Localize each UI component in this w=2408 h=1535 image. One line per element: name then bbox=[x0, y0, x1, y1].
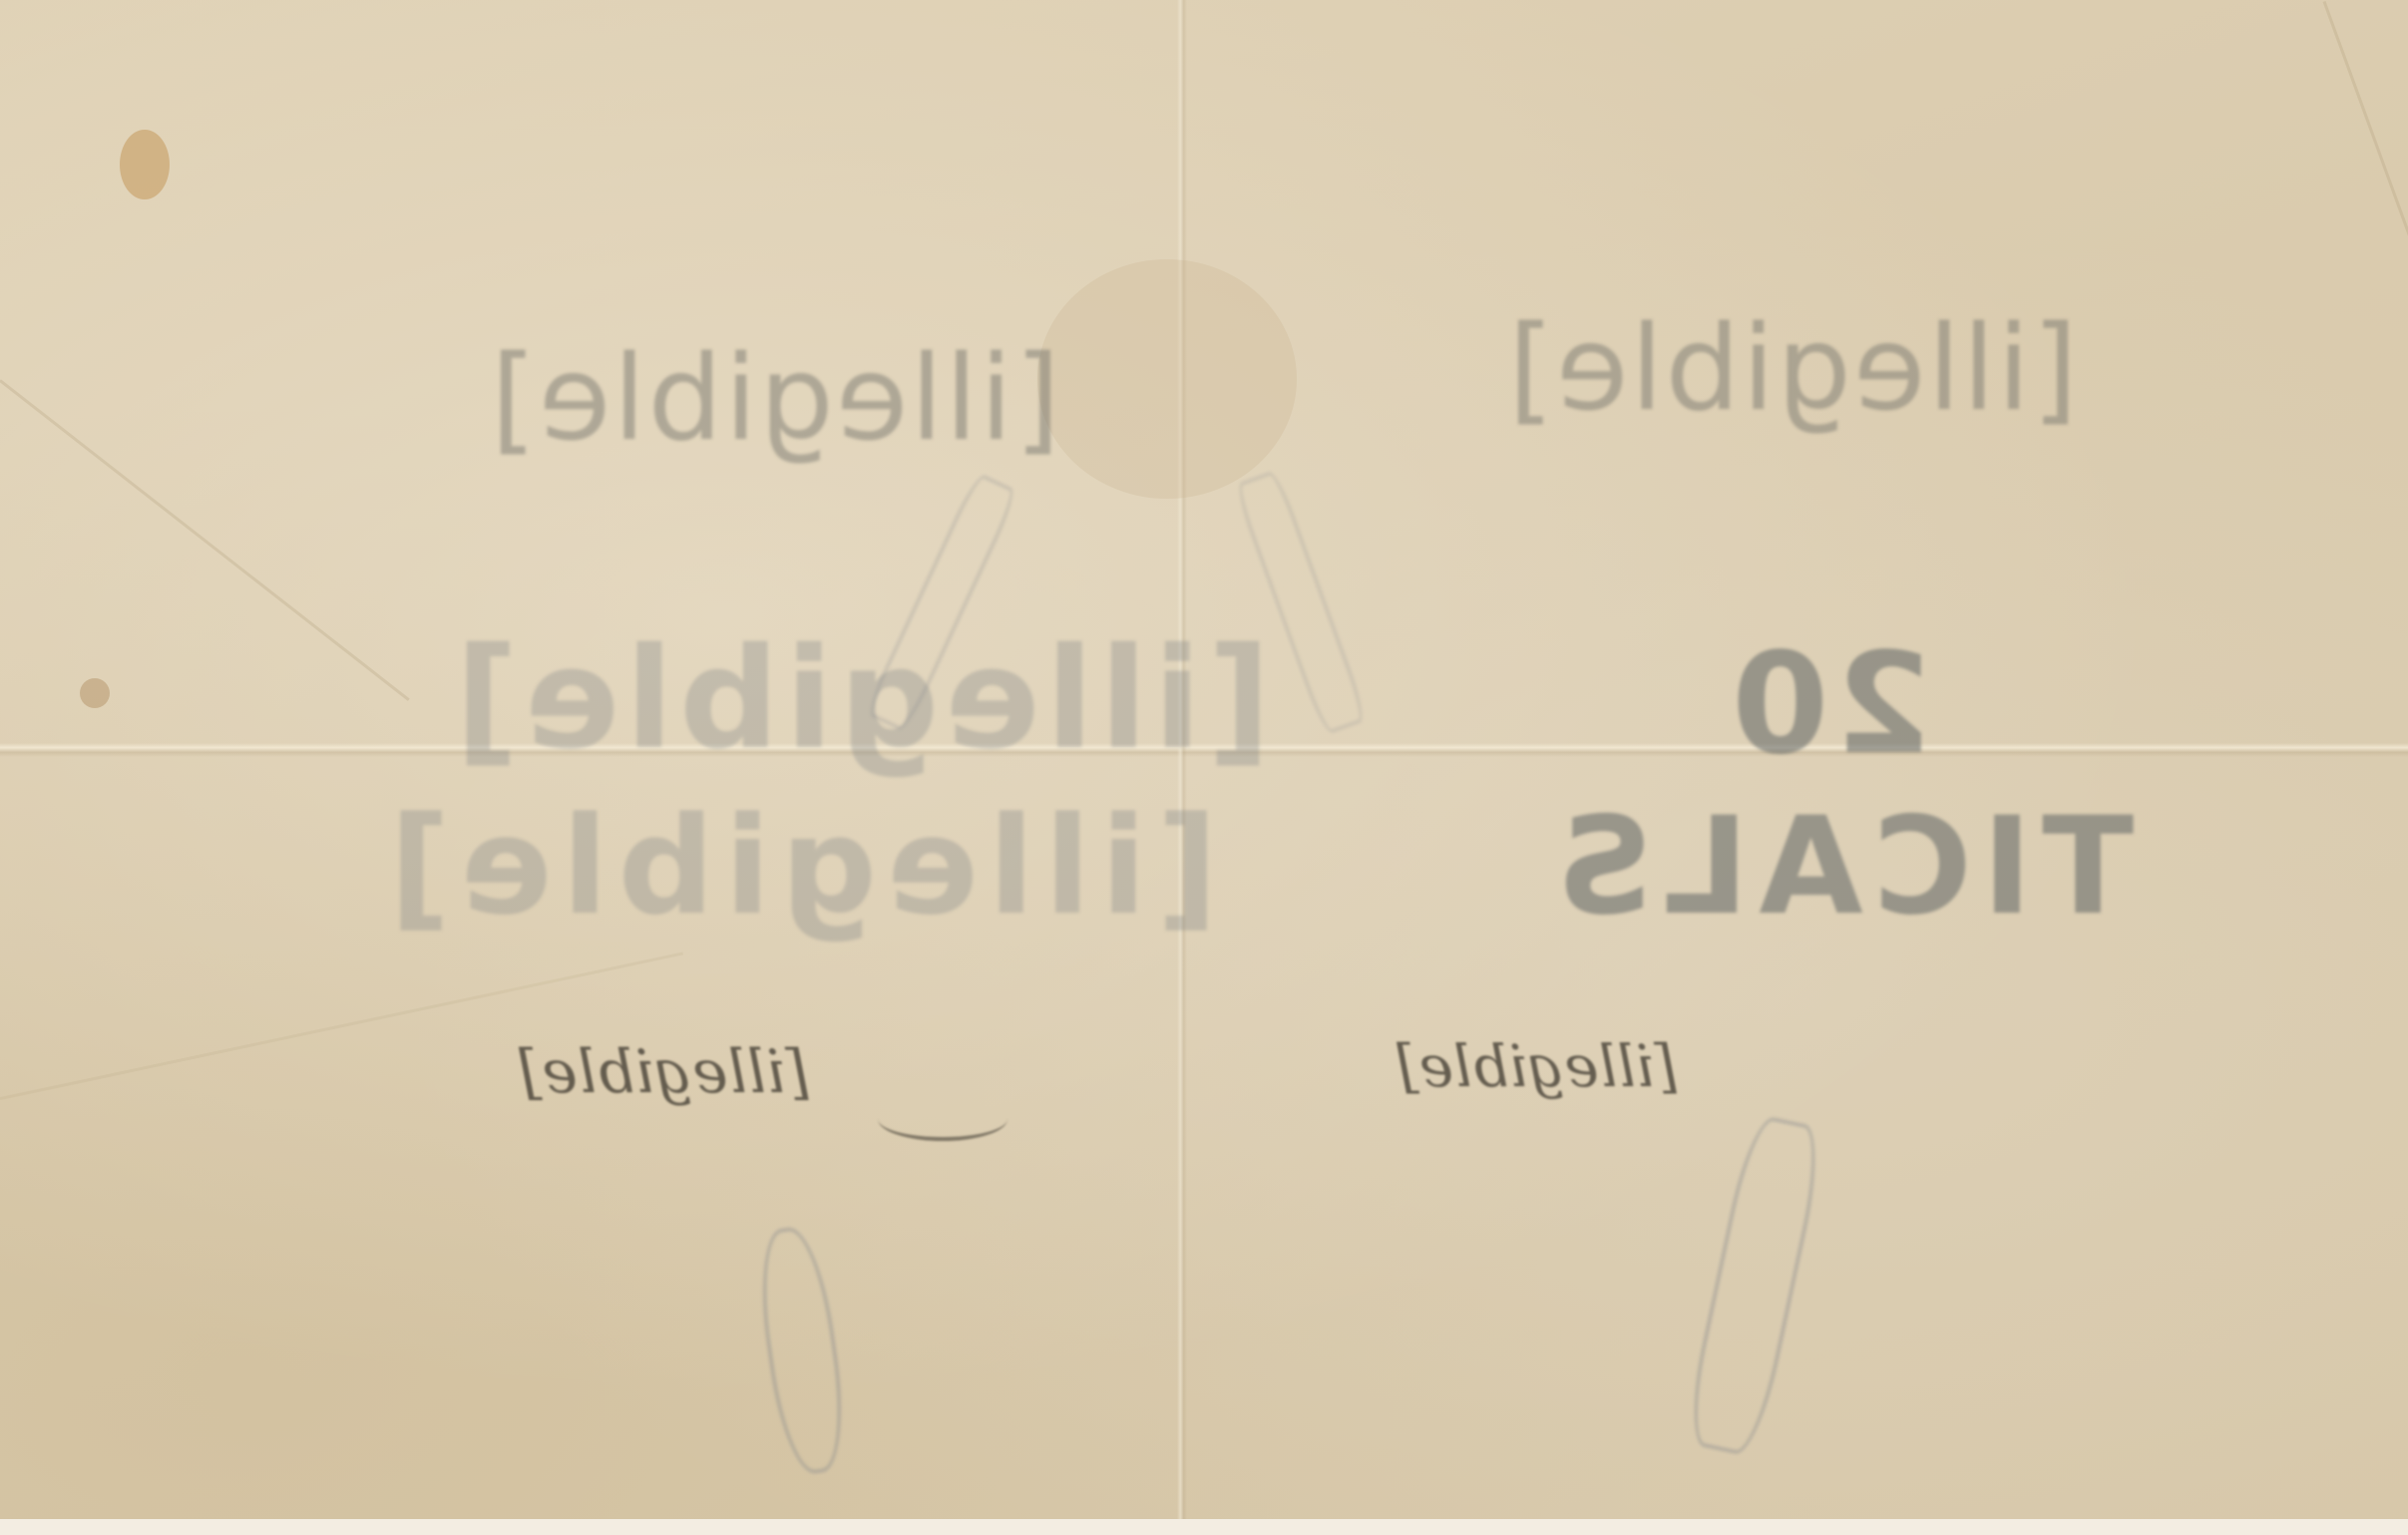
signature-left: [illegible] bbox=[519, 1037, 809, 1107]
mirrored-thai-text-left: [illegible] bbox=[489, 329, 1060, 467]
pencil-mark bbox=[751, 1223, 853, 1477]
mirrored-value-left: [illegible] bbox=[449, 618, 1271, 781]
mirrored-word-right: TICALS bbox=[1546, 788, 2134, 945]
pencil-mark bbox=[1682, 1113, 1828, 1459]
mirrored-word-left: [illegible] bbox=[379, 788, 1218, 945]
signature-flourish bbox=[878, 1097, 1007, 1141]
stain bbox=[80, 678, 110, 708]
crease-line bbox=[2323, 1, 2408, 283]
bottom-edge bbox=[0, 1519, 2408, 1535]
signature-right: [illegible] bbox=[1397, 1032, 1677, 1100]
stain bbox=[120, 130, 170, 199]
banknote-reverse: [illegible] [illegible] [illegible] [ill… bbox=[0, 0, 2408, 1535]
mirrored-value-right: 20 bbox=[1726, 623, 1932, 786]
crease-line bbox=[0, 379, 410, 701]
mirrored-thai-text-right: [illegible] bbox=[1506, 299, 2078, 437]
stain bbox=[1037, 259, 1297, 499]
